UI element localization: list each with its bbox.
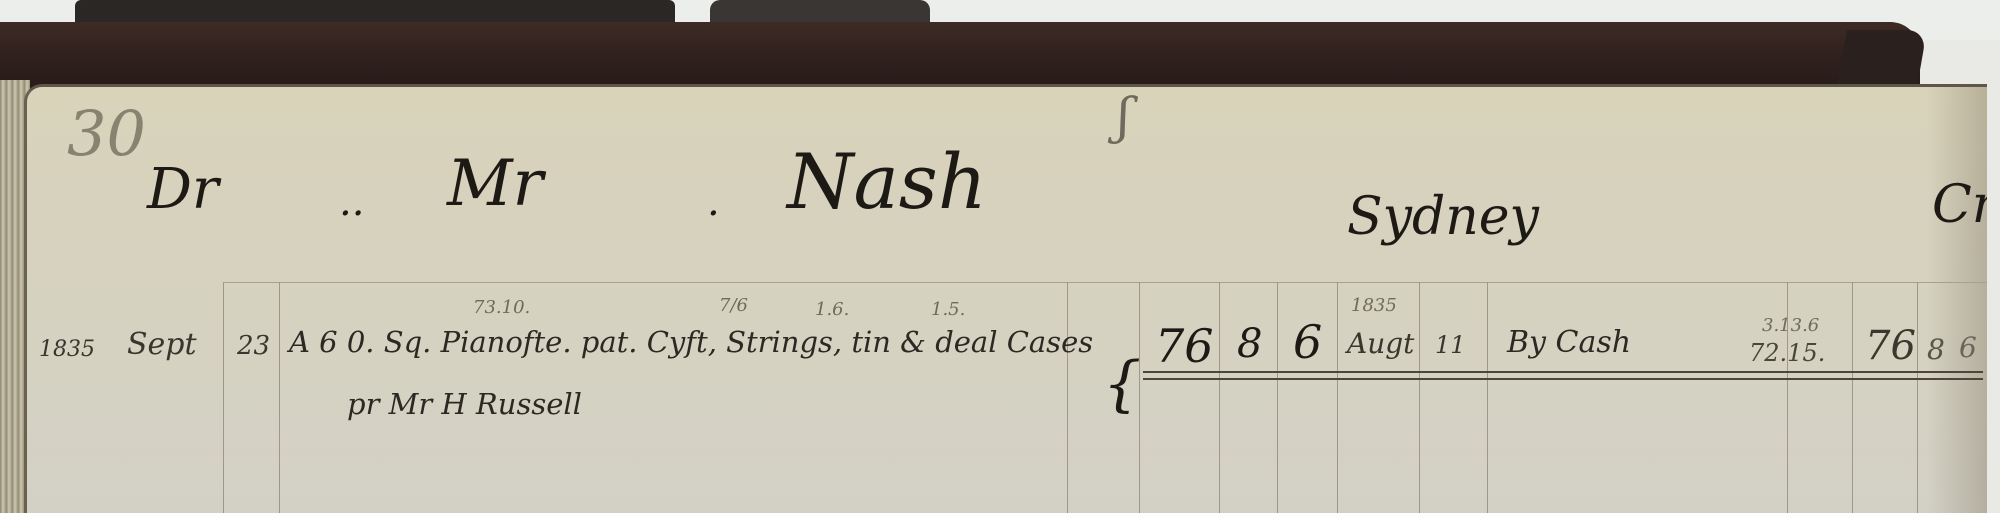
account-location: Sydney: [1347, 187, 1539, 247]
folio-number: 30: [67, 97, 146, 170]
column-divider: [1419, 282, 1420, 513]
header-rule: [223, 282, 1987, 283]
sub-amount-strings: 7/6: [719, 295, 748, 316]
sub-amount-pianoforte: 73.10.: [473, 297, 530, 318]
sub-amount-cases: 1.5.: [931, 299, 965, 320]
column-divider: [279, 282, 280, 513]
debit-total-pounds: 76: [1155, 319, 1214, 373]
credit-total-shillings: 8: [1927, 333, 1945, 366]
credit-total-pounds: 76: [1865, 323, 1916, 369]
credit-month: Augt: [1347, 327, 1414, 360]
column-divider: [1067, 282, 1068, 513]
ledger-page: 30 Dr .. Mr . Nash ʃ Sydney Cr 1835 Sept…: [24, 84, 1987, 513]
credit-total-pence: 6: [1959, 331, 1977, 364]
column-divider: [1337, 282, 1338, 513]
debit-description-line1: A 6 0. Sq. Pianofte. pat. Cyft, Strings,…: [289, 325, 1093, 359]
total-rule: [1143, 371, 1983, 380]
credit-day: 11: [1435, 331, 1466, 359]
credit-year: 1835: [1351, 295, 1397, 316]
debit-year: 1835: [39, 337, 95, 362]
credit-sub-amount-lower: 72.15.: [1749, 339, 1825, 367]
header-title-prefix: Mr: [447, 147, 543, 221]
credit-sub-amount-upper: 3.13.6: [1762, 315, 1819, 336]
account-name: Nash: [787, 137, 987, 226]
brace-symbol: {: [1103, 349, 1141, 419]
column-divider: [1487, 282, 1488, 513]
credit-marker: Cr: [1932, 175, 1987, 235]
debit-marker: Dr: [147, 157, 219, 222]
header-dots: ..: [339, 179, 364, 225]
column-divider: [223, 282, 224, 513]
pencil-mark: ʃ: [1117, 87, 1131, 145]
debit-total-pence: 6: [1293, 315, 1322, 369]
debit-description-line2: pr Mr H Russell: [347, 387, 582, 421]
page-curl-shadow: [1927, 87, 1987, 513]
column-divider: [1917, 282, 1918, 513]
credit-description: By Cash: [1507, 325, 1631, 360]
debit-month: Sept: [127, 327, 197, 362]
column-divider: [1852, 282, 1853, 513]
header-dot: .: [707, 179, 720, 225]
debit-day: 23: [237, 331, 270, 361]
column-divider: [1219, 282, 1220, 513]
sub-amount-tin: 1.6.: [815, 299, 849, 320]
column-divider: [1277, 282, 1278, 513]
debit-total-shillings: 8: [1237, 321, 1262, 367]
